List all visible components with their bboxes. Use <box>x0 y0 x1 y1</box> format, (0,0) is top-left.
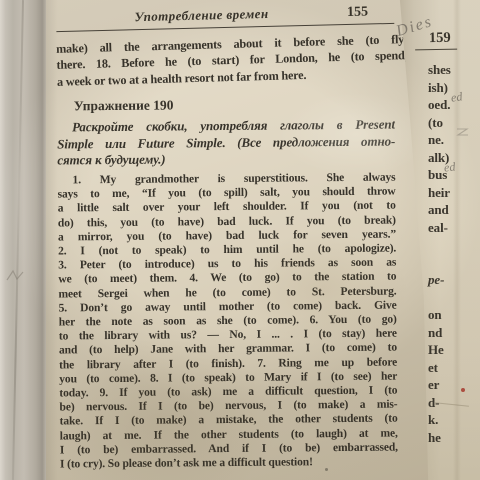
text-line: eal- <box>428 220 451 238</box>
book-photo: 159 shesish)oed.(tone.alk)busheirandeal-… <box>0 0 480 480</box>
text-line: heir <box>428 185 451 203</box>
right-page-fragments: shesish)oed.(tone.alk)busheirandeal- pe-… <box>428 62 451 447</box>
left-page: Употребление времен 155 make) all the ar… <box>42 0 434 480</box>
continuation-paragraph: make) all the arrangements about it befo… <box>56 31 409 90</box>
exercise-instructions: Раскройте скобки, употребляя глаголы в P… <box>57 117 395 170</box>
text-line: et <box>428 360 451 378</box>
text-line: on <box>428 307 451 325</box>
text-line: ish) <box>428 80 451 98</box>
paper-crease <box>453 0 461 480</box>
text-line: oed. <box>428 97 451 115</box>
page-number: 155 <box>347 5 368 22</box>
pencil-squiggle-small <box>455 126 471 138</box>
pencil-squiggle <box>5 268 35 284</box>
text-line: pe- <box>428 272 451 290</box>
text-line: d- <box>428 395 451 413</box>
text-line: ne. <box>428 132 451 150</box>
text-line <box>428 237 451 255</box>
text-line <box>428 255 451 273</box>
running-header: Употребление времен 155 <box>56 3 394 32</box>
book-gutter <box>0 0 46 480</box>
text-line: and <box>428 202 451 220</box>
pencil-mark-ed-1: ed <box>450 89 463 105</box>
text-line: nd <box>428 325 451 343</box>
text-line: (to <box>428 115 451 133</box>
page-content: Употребление времен 155 make) all the ar… <box>56 0 398 472</box>
text-line: He <box>428 342 451 360</box>
text-line: I (to be) embarrassed. And if I (to be) … <box>60 440 398 457</box>
red-ink-dot <box>461 388 465 392</box>
text-line: I (to cry). So please don’t ask me a dif… <box>60 455 398 472</box>
pencil-mark-ed-2: ed <box>443 159 456 175</box>
running-title: Употребление времен <box>56 4 347 27</box>
text-line: er <box>428 377 451 395</box>
exercise-body: 1. My grandmother is superstitious. She … <box>57 171 398 472</box>
paper-speck <box>325 468 328 471</box>
text-line <box>428 290 451 308</box>
text-line: сятся к будущему.) <box>57 150 395 170</box>
text-line: Simple или Future Simple. (Все предложен… <box>57 133 395 153</box>
text-line: k. <box>428 412 451 430</box>
text-line: shes <box>428 62 451 80</box>
exercise-heading: Упражнение 190 <box>57 96 395 115</box>
gutter-crease <box>12 0 24 480</box>
text-line: he <box>428 430 451 448</box>
